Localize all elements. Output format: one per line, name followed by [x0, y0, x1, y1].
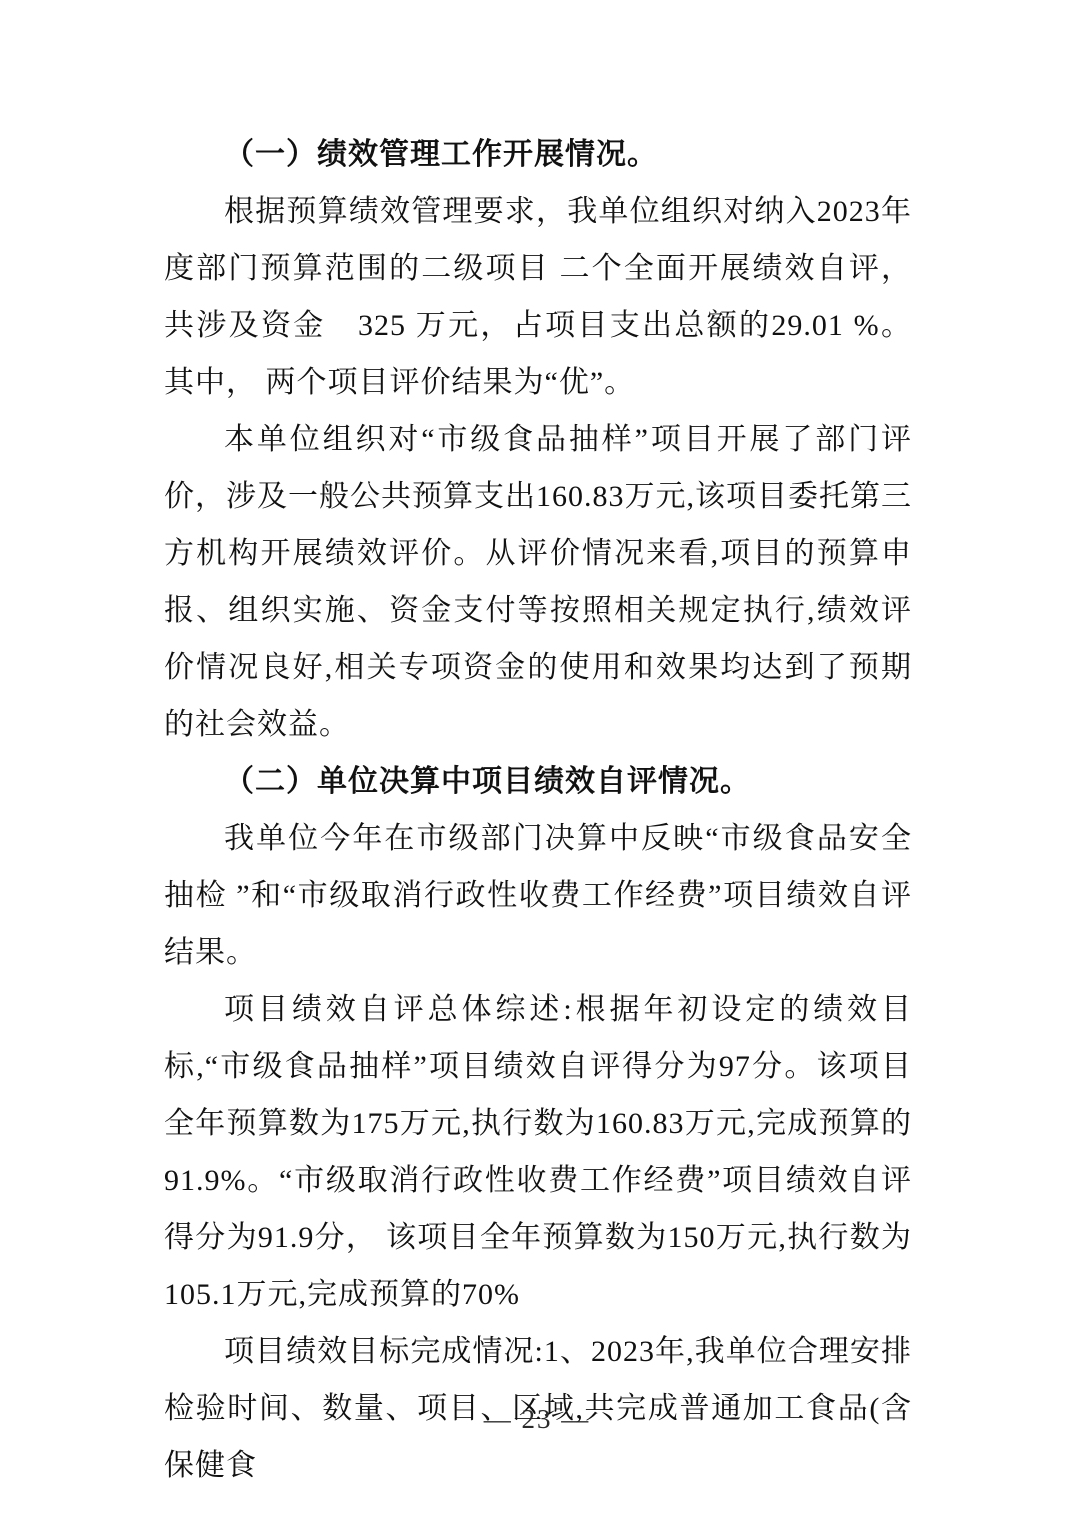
section-heading-final-accounts-self-evaluation: （二）单位决算中项目绩效自评情况。: [164, 753, 912, 810]
paragraph-self-evaluation-overview: 根据预算绩效管理要求，我单位组织对纳入2023年度部门预算范围的二级项目 二个全…: [164, 183, 912, 411]
paragraph-department-evaluation: 本单位组织对“市级食品抽样”项目开展了部门评价，涉及一般公共预算支出160.83…: [164, 411, 912, 753]
document-content: （一）绩效管理工作开展情况。 根据预算绩效管理要求，我单位组织对纳入2023年度…: [164, 126, 912, 1494]
page-number: — 23 —: [0, 1404, 1074, 1435]
paragraph-self-evaluation-summary: 项目绩效自评总体综述:根据年初设定的绩效目标,“市级食品抽样”项目绩效自评得分为…: [164, 981, 912, 1323]
section-heading-performance-management: （一）绩效管理工作开展情况。: [164, 126, 912, 183]
document-page: （一）绩效管理工作开展情况。 根据预算绩效管理要求，我单位组织对纳入2023年度…: [0, 0, 1074, 1520]
paragraph-reflected-projects: 我单位今年在市级部门决算中反映“市级食品安全抽检 ”和“市级取消行政性收费工作经…: [164, 810, 912, 981]
